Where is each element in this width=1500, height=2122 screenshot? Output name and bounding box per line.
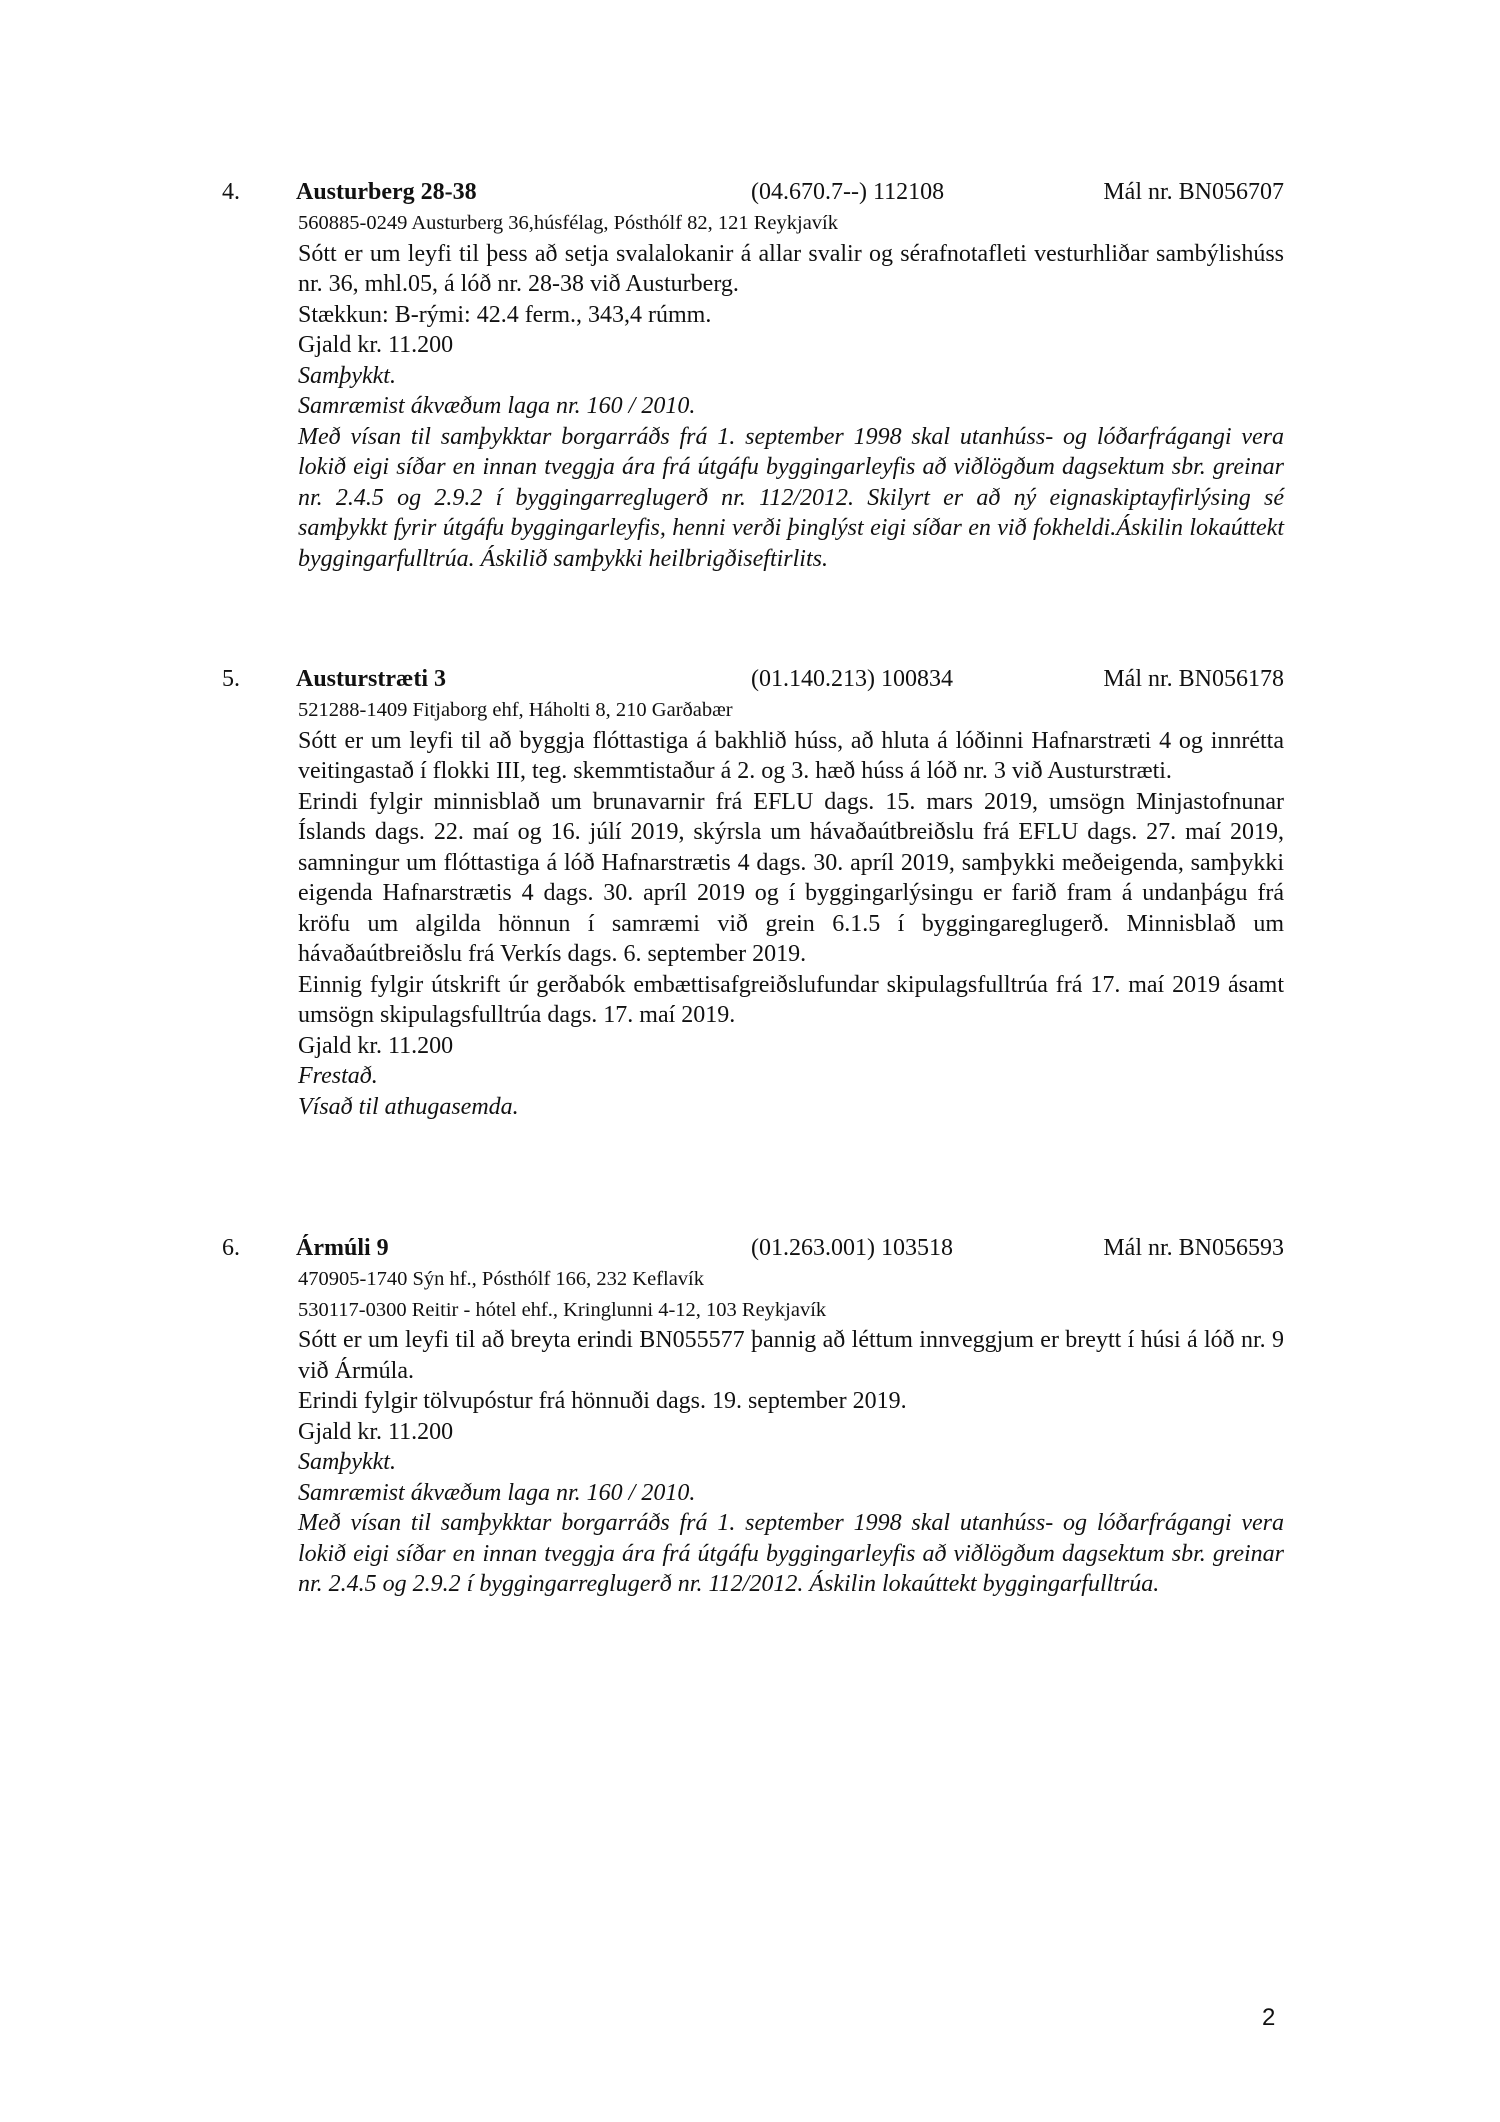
item-case-number: Mál nr. BN056707 [1103,177,1284,208]
item-land-reference: (01.140.213) 100834 [751,664,953,695]
item-body: 470905-1740 Sýn hf., Pósthólf 166, 232 K… [298,1264,1284,1600]
item-fee: Gjald kr. 11.200 [298,330,1284,361]
item-description: Sótt er um leyfi til að byggja flóttasti… [298,726,1284,787]
item-fee: Gjald kr. 11.200 [298,1031,1284,1062]
item-decision: Samþykkt. [298,361,1284,392]
item-note: Erindi fylgir minnisblað um brunavarnir … [298,787,1284,970]
item-header: 4. Austurberg 28-38 (04.670.7--) 112108 … [222,177,1284,208]
item-body: 560885-0249 Austurberg 36,húsfélag, Póst… [298,208,1284,574]
item-header: 6. Ármúli 9 (01.263.001) 103518 Mál nr. … [222,1233,1284,1264]
item-land-reference: (01.263.001) 103518 [751,1233,953,1264]
item-case-number: Mál nr. BN056593 [1103,1233,1284,1264]
item-note: Stækkun: B-rými: 42.4 ferm., 343,4 rúmm. [298,300,1284,331]
item-number: 4. [222,177,240,208]
item-law: Samræmist ákvæðum laga nr. 160 / 2010. [298,391,1284,422]
item-fee: Gjald kr. 11.200 [298,1417,1284,1448]
item-number: 5. [222,664,240,695]
item-law: Samræmist ákvæðum laga nr. 160 / 2010. [298,1478,1284,1509]
item-description: Sótt er um leyfi til að breyta erindi BN… [298,1325,1284,1386]
item-title: Ármúli 9 [296,1233,389,1264]
item-number: 6. [222,1233,240,1264]
item-land-reference: (04.670.7--) 112108 [751,177,944,208]
item-decision: Samþykkt. [298,1447,1284,1478]
item-description: Sótt er um leyfi til þess að setja svala… [298,239,1284,300]
document-page: 4. Austurberg 28-38 (04.670.7--) 112108 … [0,0,1500,2122]
agenda-item: 6. Ármúli 9 (01.263.001) 103518 Mál nr. … [222,1233,1284,1600]
applicant: 521288-1409 Fitjaborg ehf, Háholti 8, 21… [298,695,1284,726]
agenda-item: 5. Austurstræti 3 (01.140.213) 100834 Má… [222,664,1284,1122]
item-law: Vísað til athugasemda. [298,1092,1284,1123]
item-case-number: Mál nr. BN056178 [1103,664,1284,695]
applicant: 470905-1740 Sýn hf., Pósthólf 166, 232 K… [298,1264,1284,1295]
item-title: Austurstræti 3 [296,664,446,695]
applicant: 560885-0249 Austurberg 36,húsfélag, Póst… [298,208,1284,239]
agenda-item: 4. Austurberg 28-38 (04.670.7--) 112108 … [222,177,1284,574]
item-header: 5. Austurstræti 3 (01.140.213) 100834 Má… [222,664,1284,695]
item-body: 521288-1409 Fitjaborg ehf, Háholti 8, 21… [298,695,1284,1122]
applicant: 530117-0300 Reitir - hótel ehf., Kringlu… [298,1295,1284,1326]
item-note: Erindi fylgir tölvupóstur frá hönnuði da… [298,1386,1284,1417]
item-conditions: Með vísan til samþykktar borgarráðs frá … [298,422,1284,575]
item-decision: Frestað. [298,1061,1284,1092]
page-number: 2 [1262,2004,1275,2032]
item-title: Austurberg 28-38 [296,177,477,208]
item-conditions: Með vísan til samþykktar borgarráðs frá … [298,1508,1284,1600]
item-note: Einnig fylgir útskrift úr gerðabók embæt… [298,970,1284,1031]
